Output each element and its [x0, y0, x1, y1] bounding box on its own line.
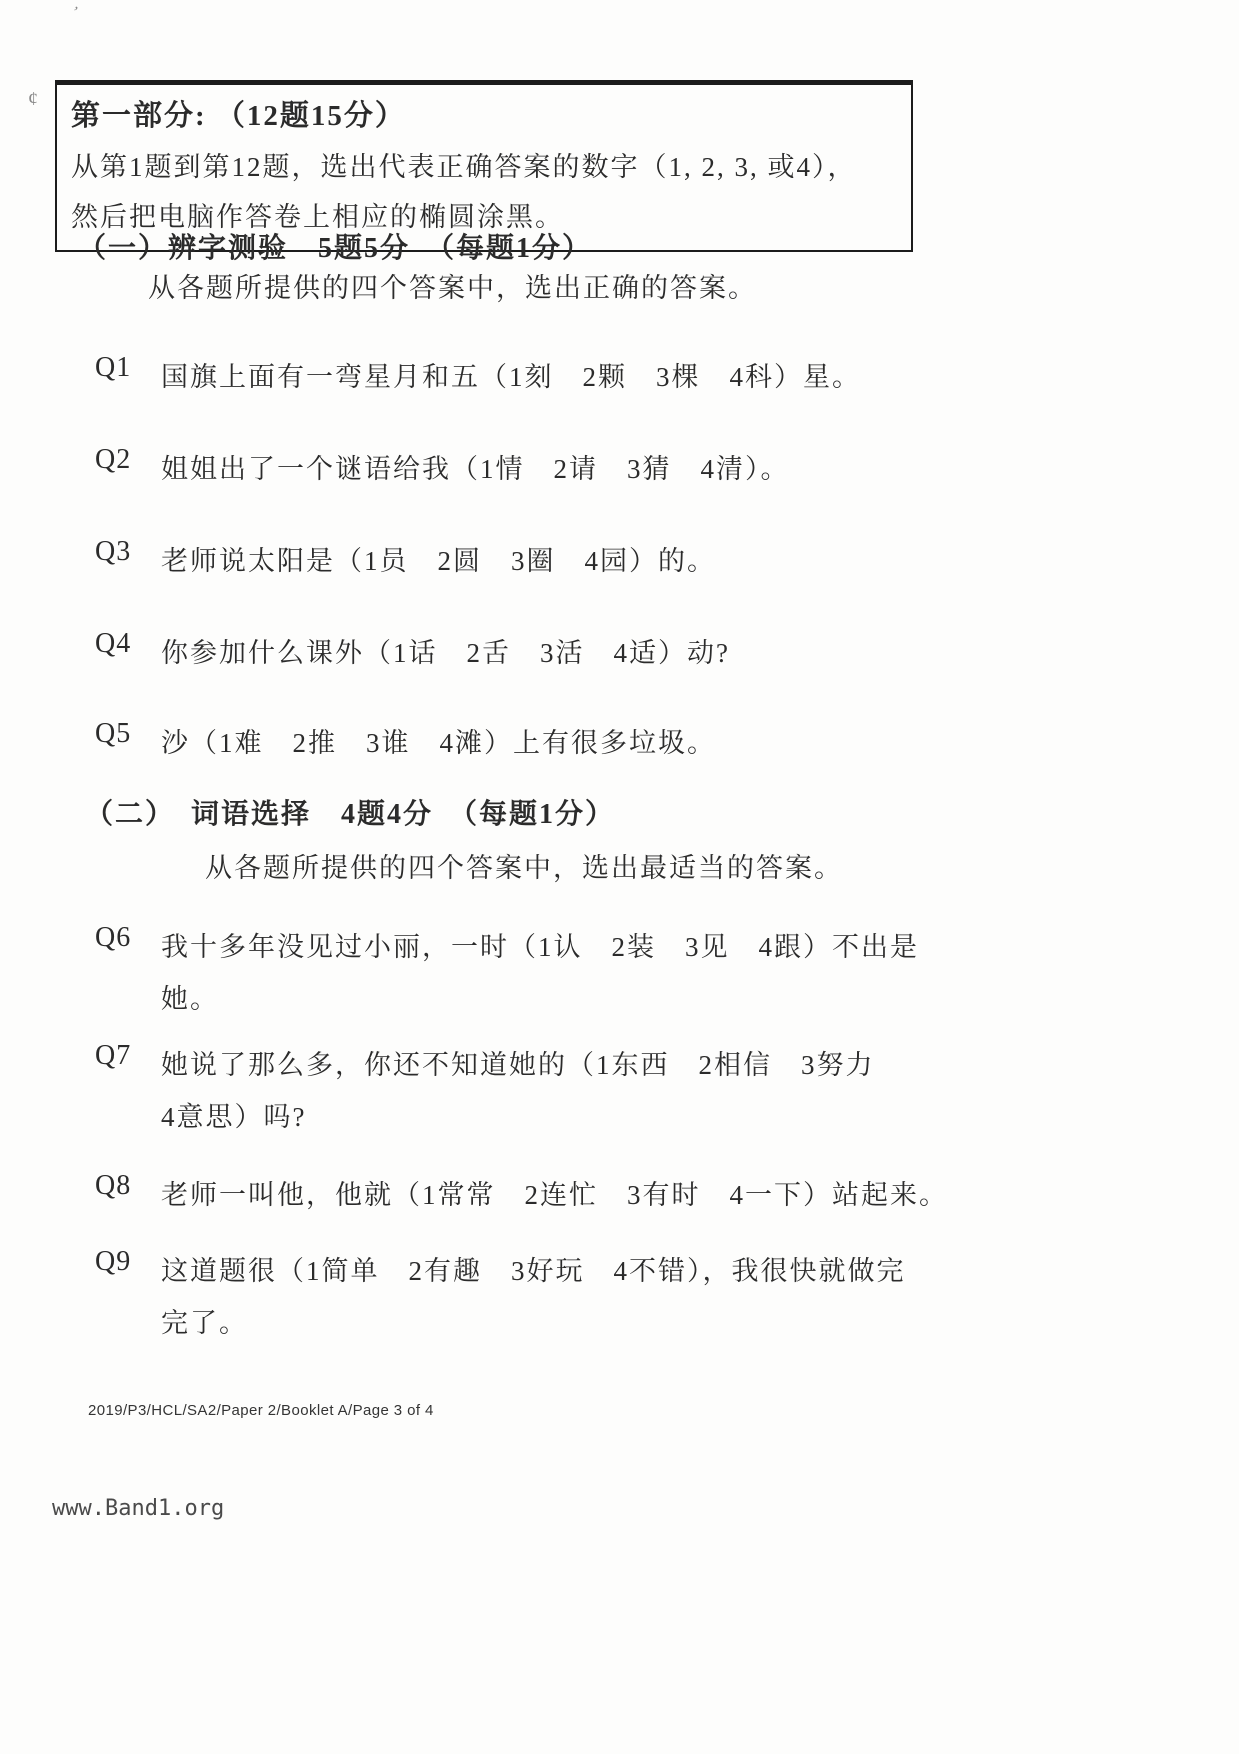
question-number: Q9	[95, 1246, 153, 1278]
part-instruction-line-1: 从第1题到第12题，选出代表正确答案的数字（1, 2, 3, 或4），	[71, 145, 897, 184]
part-title: 第一部分: （12题15分）	[71, 93, 897, 134]
question-row-q3: Q3 老师说太阳是（1员 2圆 3圈 4园）的。	[95, 536, 716, 587]
question-row-q8: Q8 老师一叫他，他就（1常常 2连忙 3有时 4一下）站起来。	[95, 1170, 948, 1221]
question-number: Q7	[95, 1040, 153, 1072]
scanned-exam-page: ʼ ¢ 第一部分: （12题15分） 从第1题到第12题，选出代表正确答案的数字…	[0, 0, 1239, 1754]
section-1-instruction: 从各题所提供的四个答案中，选出正确的答案。	[148, 266, 757, 305]
question-text-line1: 这道题很（1简单 2有趣 3好玩 4不错），我很快就做完	[161, 1245, 906, 1297]
question-text: 老师说太阳是（1员 2圆 3圈 4园）的。	[161, 535, 716, 587]
question-row-q7: Q7 她说了那么多，你还不知道她的（1东西 2相信 3努力 4意思）吗?	[95, 1040, 875, 1143]
section-2-heading: （二） 词语选择 4题4分 （每题1分）	[85, 792, 615, 832]
question-number: Q8	[95, 1170, 153, 1202]
scan-artifact: ʼ	[69, 4, 80, 23]
page-footer-reference: 2019/P3/HCL/SA2/Paper 2/Booklet A/Page 3…	[88, 1402, 434, 1419]
question-text: 国旗上面有一弯星月和五（1刻 2颗 3棵 4科）星。	[161, 351, 861, 403]
section-2-instruction: 从各题所提供的四个答案中，选出最适当的答案。	[205, 846, 843, 885]
section-1-heading: （一）辨字测验 5题5分 （每题1分）	[78, 226, 592, 266]
question-text-line2: 她。	[161, 973, 919, 1025]
question-row-q6: Q6 我十多年没见过小丽，一时（1认 2装 3见 4跟）不出是 她。	[95, 922, 919, 1025]
question-text-line2: 完了。	[161, 1297, 906, 1349]
scan-artifact: ¢	[28, 88, 38, 111]
question-text-line1: 我十多年没见过小丽，一时（1认 2装 3见 4跟）不出是	[161, 921, 919, 973]
question-number: Q4	[95, 628, 153, 660]
question-text-line1: 她说了那么多，你还不知道她的（1东西 2相信 3努力	[161, 1039, 875, 1091]
question-number: Q2	[95, 444, 153, 476]
website-watermark: www.Band1.org	[52, 1496, 224, 1521]
question-row-q5: Q5 沙（1难 2推 3谁 4滩）上有很多垃圾。	[95, 718, 716, 769]
question-number: Q3	[95, 536, 153, 568]
question-number: Q5	[95, 718, 153, 750]
question-row-q9: Q9 这道题很（1简单 2有趣 3好玩 4不错），我很快就做完 完了。	[95, 1246, 906, 1349]
question-row-q4: Q4 你参加什么课外（1话 2舌 3活 4适）动?	[95, 628, 730, 679]
question-text: 姐姐出了一个谜语给我（1情 2请 3猜 4清）。	[161, 443, 790, 495]
question-text-line2: 4意思）吗?	[161, 1091, 875, 1143]
question-row-q1: Q1 国旗上面有一弯星月和五（1刻 2颗 3棵 4科）星。	[95, 352, 861, 403]
question-number: Q1	[95, 352, 153, 384]
question-row-q2: Q2 姐姐出了一个谜语给我（1情 2请 3猜 4清）。	[95, 444, 790, 495]
question-number: Q6	[95, 922, 153, 954]
question-text: 沙（1难 2推 3谁 4滩）上有很多垃圾。	[161, 717, 716, 769]
question-text: 老师一叫他，他就（1常常 2连忙 3有时 4一下）站起来。	[161, 1169, 948, 1221]
question-text: 你参加什么课外（1话 2舌 3活 4适）动?	[161, 627, 730, 679]
